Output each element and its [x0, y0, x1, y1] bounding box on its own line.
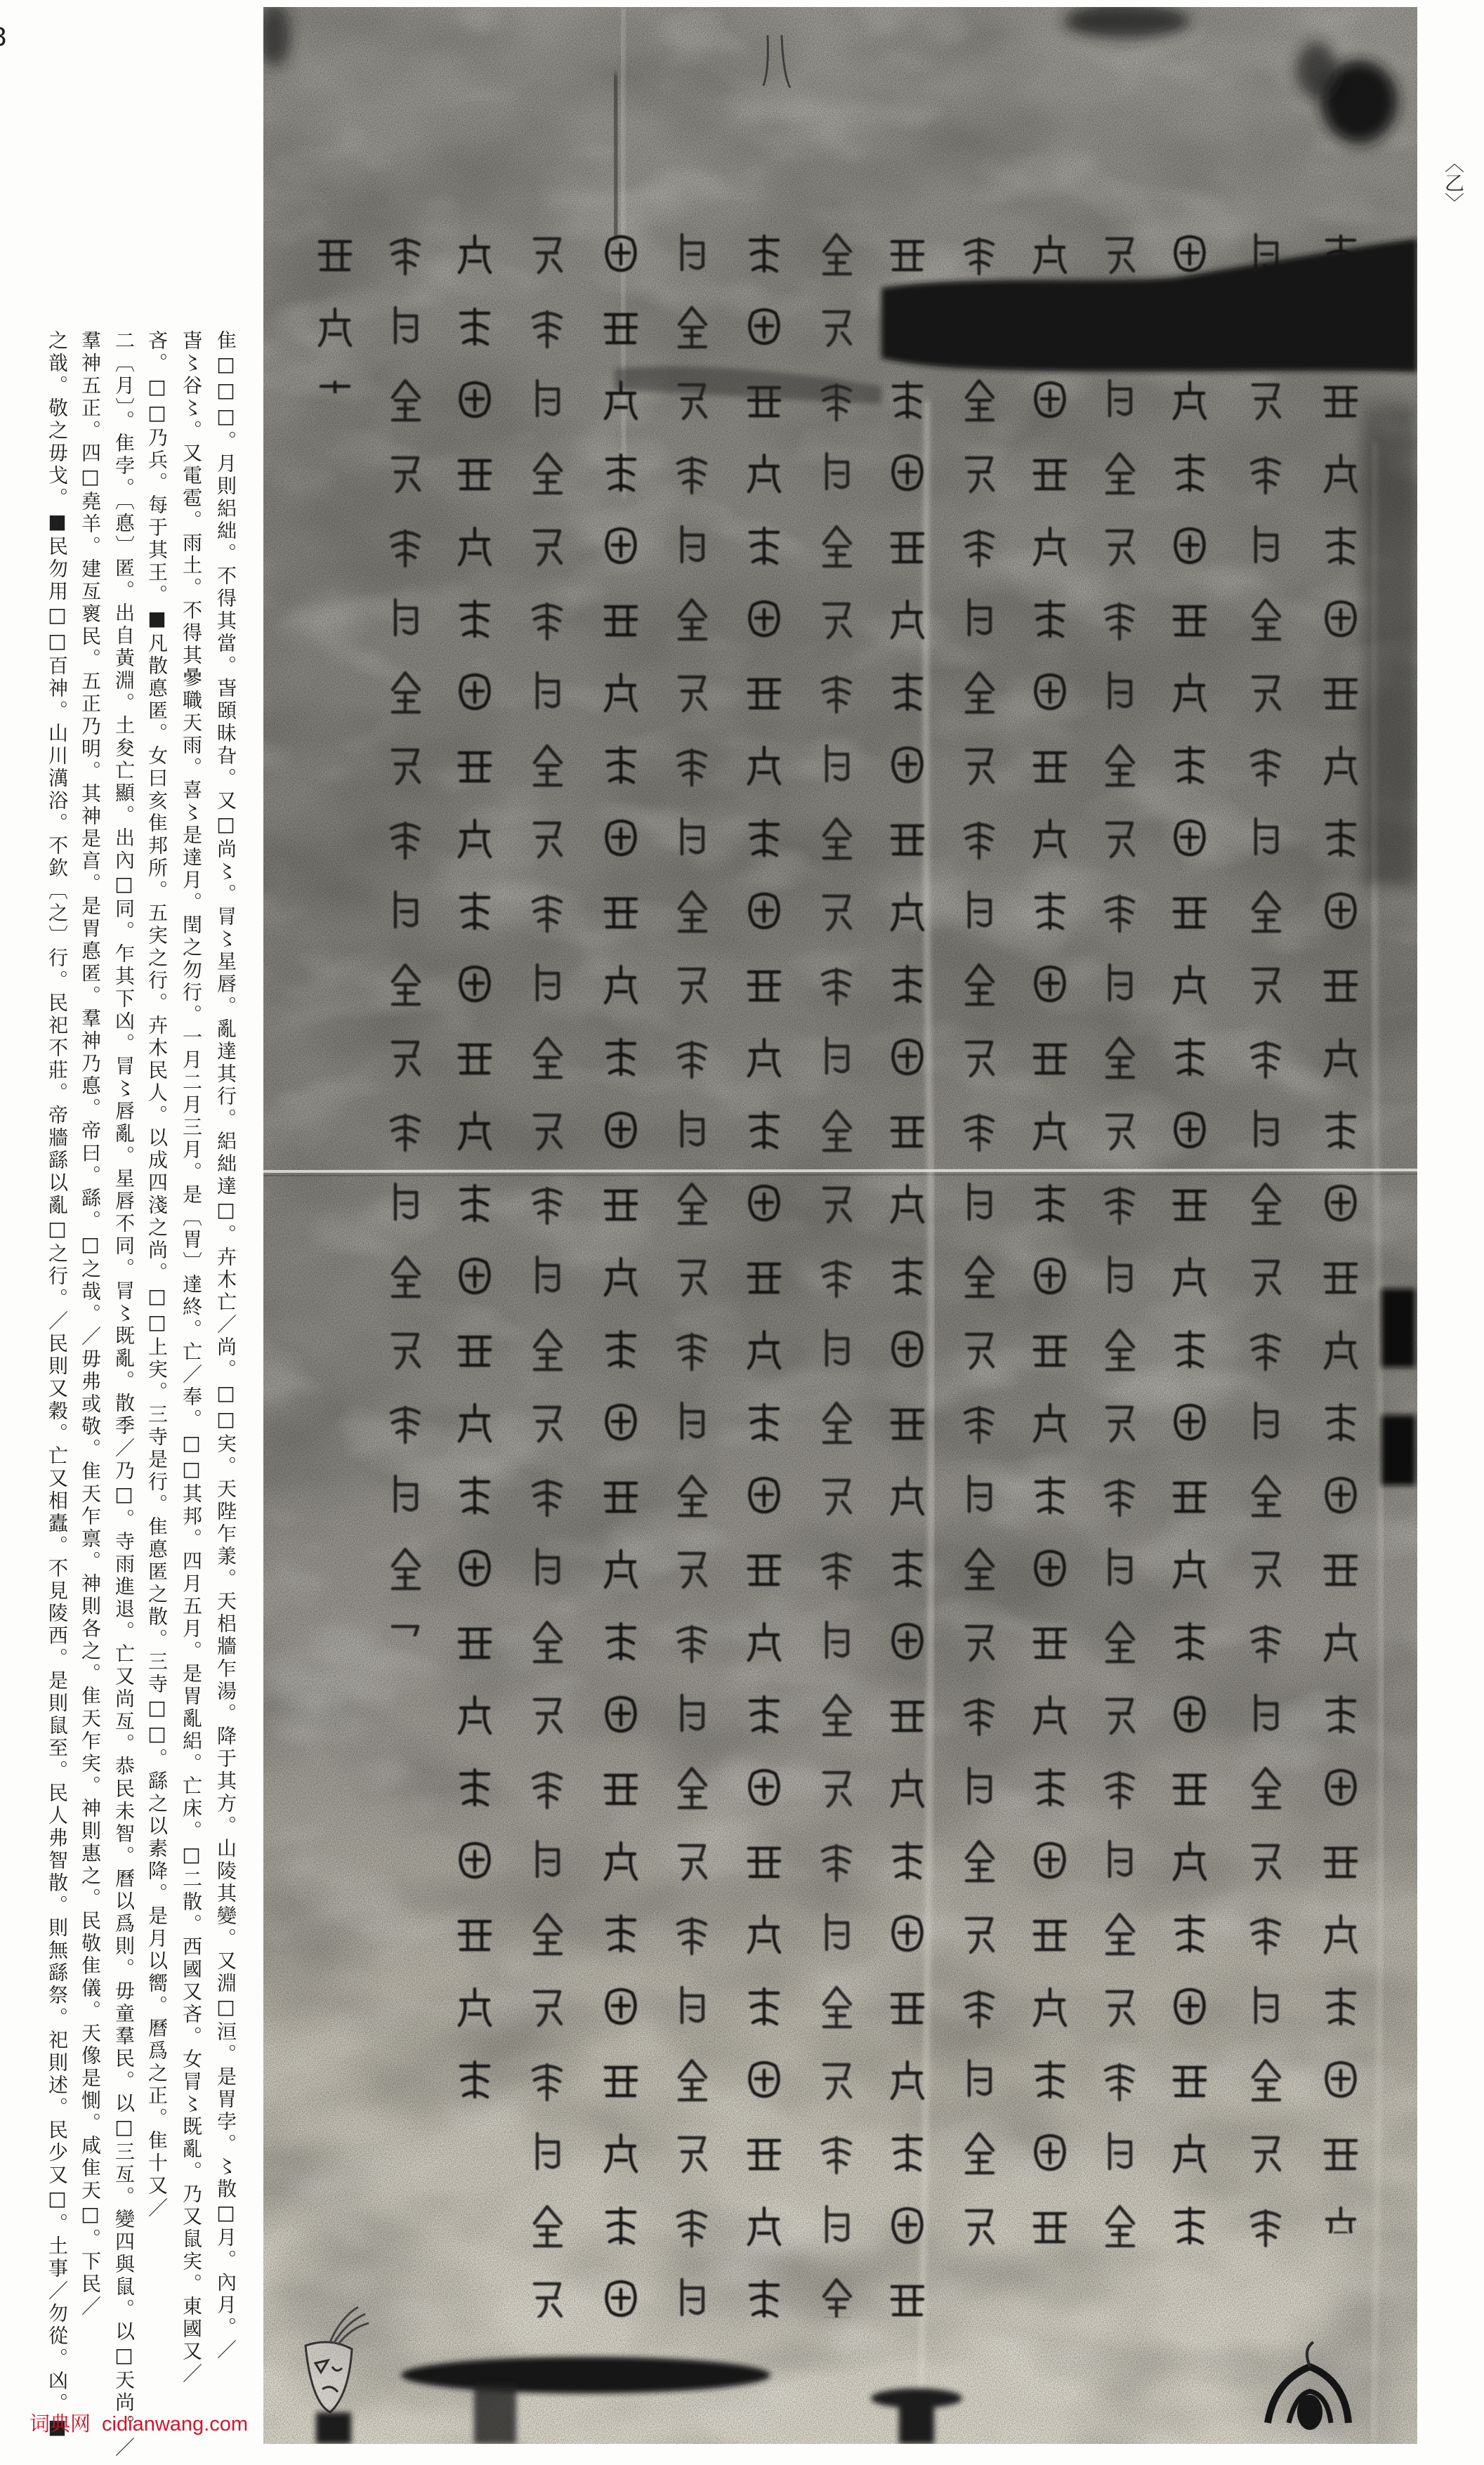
manuscript-glyph-column [598, 232, 643, 2318]
section-label: 〈乙〉 [1443, 153, 1464, 212]
transcription-block: 隹□□□。月則絽絀。不得其當。旾頣昧旮。又□尚〻。冐〻星唇。亂達其行。絽絀達□。… [0, 0, 263, 2465]
right-edge-black-mark [1381, 1415, 1415, 1485]
manuscript-glyph-column [1243, 232, 1288, 2247]
transcription-column-3: 吝。□□乃兵。每于其王。■凡散悳匿。女曰亥隹邦所。五宎之行。卉木民人。以成四淺之… [146, 330, 167, 2220]
bottom-dark-bar [401, 2357, 770, 2393]
manuscript-glyph-column [669, 232, 714, 2318]
watermark: 词典网 cidianwang.com [29, 2413, 248, 2436]
manuscript-glyph-column [313, 232, 357, 393]
transcription-column-2: 旾〻谷〻。又電雹。雨土。不得其曑職天雨。喜〻是達月。閏之勿行。一月二月三月。是〔… [180, 330, 202, 2386]
manuscript-glyph-column [814, 232, 859, 2318]
right-edge-dark-strip [1362, 407, 1417, 885]
transcription-column-1: 隹□□□。月則絽絀。不得其當。旾頣昧旮。又□尚〻。冐〻星唇。亂達其行。絽絀達□。… [215, 330, 236, 2362]
manuscript-glyph-column [1318, 232, 1363, 2233]
bottom-dark-bar-stem [474, 2384, 516, 2444]
manuscript-glyph-column [885, 232, 930, 2318]
transcription-column-5: 羣神五正。四□堯羊。建亙褱民。五正乃明。其神是亯。是胃悳匿。羣神乃悳。帝曰。繇。… [79, 330, 100, 2318]
manuscript-glyph-column [452, 232, 497, 2100]
right-edge-black-mark [1381, 1289, 1415, 1367]
manuscript-script-columns [313, 232, 1363, 2318]
manuscript-glyph-column [1167, 232, 1212, 2247]
silk-manuscript-photo [263, 7, 1417, 2444]
top-right-blotch-small [1296, 42, 1338, 98]
manuscript-glyph-column [742, 232, 787, 2318]
manuscript-glyph-column [1097, 232, 1142, 2247]
vertical-ink-smear [615, 74, 617, 239]
manuscript-glyph-column [957, 232, 1002, 2247]
transcription-column-4: 二〔月〕。隹孛。〔悳〕匿。出自黃淵。土夋亡顯。出內□同。乍其下凶。冐〻唇亂。星唇… [113, 330, 134, 2459]
manuscript-glyph-column [1027, 232, 1072, 2247]
transcription-column-6: 之戠。敬之毋戈。■民勿用□□百神。山川澫浴。不欽〔之〕行。民祀不莊。帝牆繇以亂□… [46, 330, 67, 2441]
manuscript-glyph-column [383, 232, 428, 1636]
manuscript-glyph-column [525, 232, 570, 2318]
